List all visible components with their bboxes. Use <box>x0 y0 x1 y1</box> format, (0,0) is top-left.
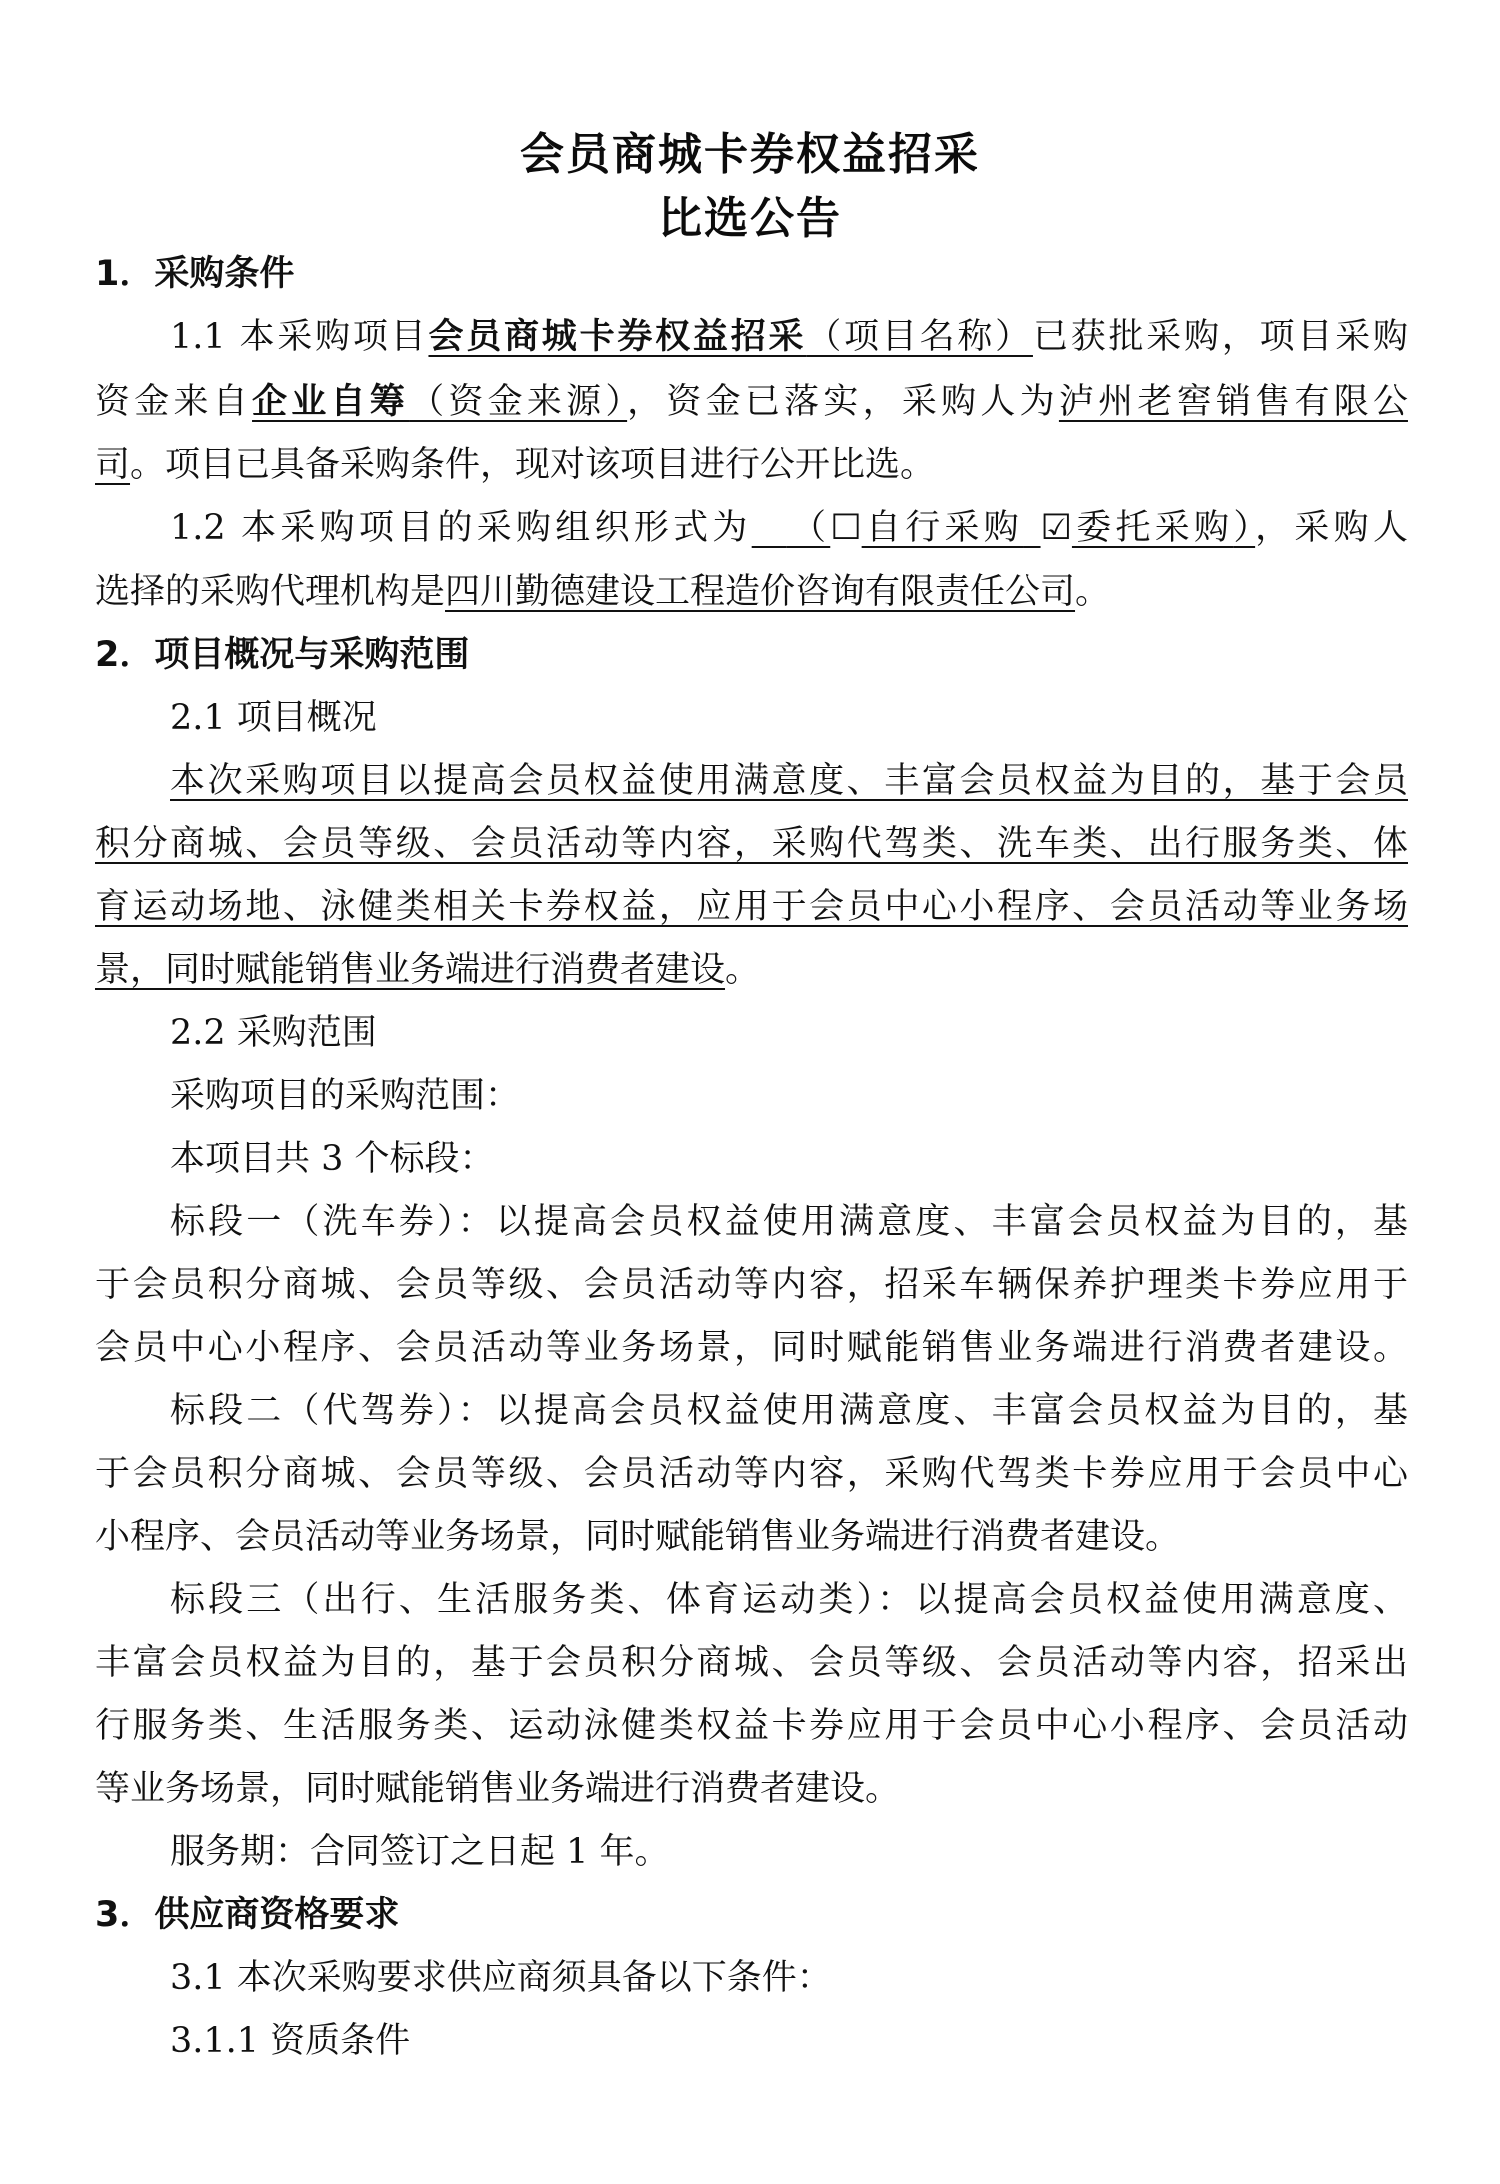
section-heading-3: 3．供应商资格要求 <box>95 1893 399 1937</box>
purchaser-name-cont: 司 <box>95 445 130 485</box>
lot3-line: 标段三（出行、生活服务类、体育运动类）：以提高会员权益使用满意度、 <box>170 1578 1408 1622</box>
procurement-form-field: （☐自行采购 ☑委托采购） <box>752 508 1255 548</box>
text: ，资金已落实，采购人为 <box>627 382 1059 422</box>
subheading-3-1-1: 3.1.1 资质条件 <box>170 2019 410 2063</box>
document-title-line2: 比选公告 <box>0 182 1500 246</box>
text: 景，同时赋能销售业务端进行消费者建设 <box>95 950 725 990</box>
text: 。 <box>1075 572 1110 612</box>
lot3-line: 等业务场景，同时赋能销售业务端进行消费者建设。 <box>95 1767 900 1811</box>
scope-intro: 采购项目的采购范围： <box>170 1074 520 1118</box>
section-heading-1: 1．采购条件 <box>95 252 294 296</box>
text: ，采购人 <box>1255 508 1408 548</box>
text: 1.1 本采购项目 <box>170 317 428 357</box>
lot1-line: 于会员积分商城、会员等级、会员活动等内容，招采车辆保养护理类卡券应用于 <box>95 1263 1408 1307</box>
lot3-line: 行服务类、生活服务类、运动泳健类权益卡券应用于会员中心小程序、会员活动 <box>95 1704 1408 1748</box>
lots-count: 本项目共 3 个标段： <box>170 1137 495 1181</box>
checkbox-unchecked-icon: ☐ <box>830 506 861 550</box>
document-title-line1: 会员商城卡券权益招采 <box>0 118 1500 182</box>
lot2-line: 标段二（代驾券）：以提高会员权益使用满意度、丰富会员权益为目的，基 <box>170 1389 1408 1433</box>
lot3-line: 丰富会员权益为目的，基于会员积分商城、会员等级、会员活动等内容，招采出 <box>95 1641 1408 1685</box>
agency-name: 四川勤德建设工程造价咨询有限责任公司 <box>445 572 1075 612</box>
overview-line: 积分商城、会员等级、会员活动等内容，采购代驾类、洗车类、出行服务类、体 <box>95 822 1408 866</box>
text: （ <box>787 508 831 548</box>
fund-source-note: （资金来源） <box>409 382 627 422</box>
text: 。 <box>725 950 760 990</box>
purchaser-name: 泸州老窖销售有限公 <box>1059 382 1408 422</box>
text: 已获批采购，项目采购 <box>1033 317 1408 357</box>
option-self-procurement: 自行采购 <box>862 508 1023 548</box>
subheading-2-2: 2.2 采购范围 <box>170 1011 377 1055</box>
lot2-line: 小程序、会员活动等业务场景，同时赋能销售业务端进行消费者建设。 <box>95 1515 1180 1559</box>
overview-line: 本次采购项目以提高会员权益使用满意度、丰富会员权益为目的，基于会员 <box>170 759 1408 803</box>
project-name-field: 会员商城卡券权益招采（项目名称） <box>428 317 1032 357</box>
project-name-note: （项目名称） <box>806 317 1033 357</box>
text: 1.2 本采购项目的采购组织形式为 <box>170 508 752 548</box>
subheading-3-1: 3.1 本次采购要求供应商须具备以下条件： <box>170 1956 832 2000</box>
lot1-line: 会员中心小程序、会员活动等业务场景，同时赋能销售业务端进行消费者建设。 <box>95 1326 1408 1370</box>
text: 资金来自 <box>95 382 252 422</box>
fund-source: 企业自筹 <box>252 382 409 422</box>
project-name: 会员商城卡券权益招采 <box>428 317 806 357</box>
document-page: 会员商城卡券权益招采 比选公告 1．采购条件 1.1 本采购项目会员商城卡券权益… <box>0 0 1500 2184</box>
overview-line-last: 景，同时赋能销售业务端进行消费者建设。 <box>95 948 760 992</box>
para-1-1-line3: 司。项目已具备采购条件，现对该项目进行公开比选。 <box>95 443 935 487</box>
para-1-2-line1: 1.2 本采购项目的采购组织形式为 （☐自行采购 ☑委托采购），采购人 <box>170 506 1408 550</box>
para-1-1-line2: 资金来自企业自筹（资金来源），资金已落实，采购人为泸州老窖销售有限公 <box>95 380 1408 424</box>
checkbox-checked-icon: ☑ <box>1041 506 1072 550</box>
para-1-1-line1: 1.1 本采购项目会员商城卡券权益招采（项目名称）已获批采购，项目采购 <box>170 315 1408 359</box>
option-entrusted-procurement: 委托采购 <box>1072 508 1233 548</box>
section-heading-2: 2．项目概况与采购范围 <box>95 633 469 677</box>
text: 选择的采购代理机构是 <box>95 572 445 612</box>
subheading-2-1: 2.1 项目概况 <box>170 696 377 740</box>
text: ） <box>1233 508 1255 548</box>
service-period: 服务期：合同签订之日起 1 年。 <box>170 1830 670 1874</box>
overview-line: 育运动场地、泳健类相关卡券权益，应用于会员中心小程序、会员活动等业务场 <box>95 885 1408 929</box>
text: 。项目已具备采购条件，现对该项目进行公开比选。 <box>130 445 935 485</box>
lot2-line: 于会员积分商城、会员等级、会员活动等内容，采购代驾类卡券应用于会员中心 <box>95 1452 1408 1496</box>
fund-source-field: 企业自筹（资金来源） <box>252 382 627 422</box>
para-1-2-line2: 选择的采购代理机构是四川勤德建设工程造价咨询有限责任公司。 <box>95 570 1110 614</box>
lot1-line: 标段一（洗车券）：以提高会员权益使用满意度、丰富会员权益为目的，基 <box>170 1200 1408 1244</box>
